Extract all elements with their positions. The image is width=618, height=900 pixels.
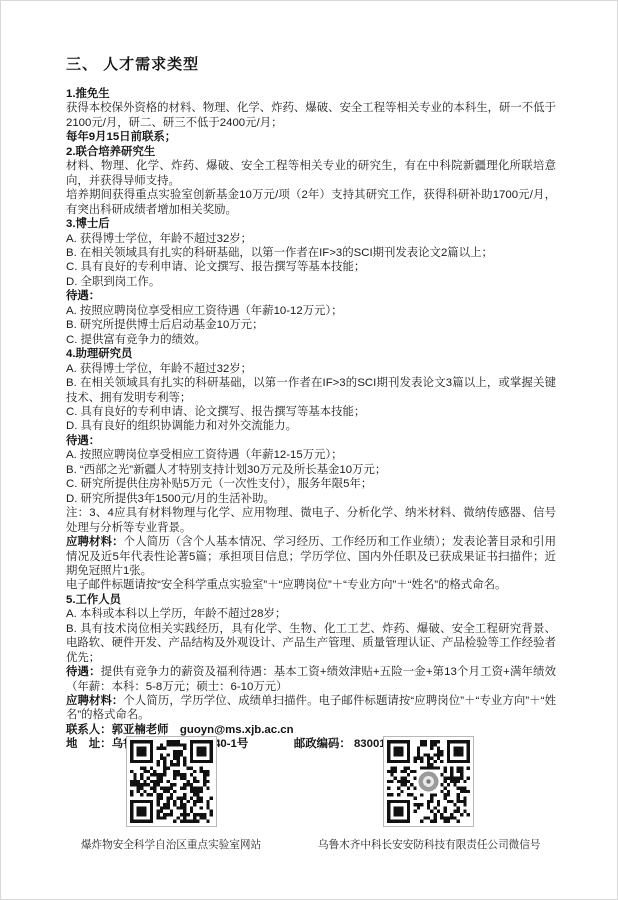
text-line: 1.推免生 (66, 87, 556, 101)
document-page: 三、 人才需求类型 1.推免生获得本校保外资格的材料、物理、化学、炸药、爆破、安… (0, 0, 618, 900)
text-line: A. 本科或本科以上学历，年龄不超过28岁； (66, 607, 556, 621)
text-segment: A. 按照应聘岗位享受相应工资待遇（年薪10-12万元）； (66, 305, 343, 317)
qr-code-icon (126, 736, 217, 827)
text-line: 待遇： (66, 434, 556, 448)
text-segment: D. 研究所提供3年1500元/月的生活补助。 (66, 493, 275, 505)
text-line: B. 具有技术岗位相关实践经历，具有化学、生物、化工工艺、炸药、爆破、安全工程研… (66, 622, 556, 665)
text-line: A. 获得博士学位，年龄不超过32岁； (66, 362, 556, 376)
text-segment: 材料、物理、化学、炸药、爆破、安全工程等相关专业的研究生，有在中科院新疆理化所联… (66, 160, 556, 186)
text-segment: 应聘材料： (66, 536, 124, 548)
text-line: 应聘材料：个人简历（含个人基本情况、学习经历、工作经历和工作业绩）；发表论著目录… (66, 535, 556, 578)
qr-right-caption: 乌鲁木齐中科长安安防科技有限责任公司微信号 (318, 837, 538, 852)
text-line: 材料、物理、化学、炸药、爆破、安全工程等相关专业的研究生，有在中科院新疆理化所联… (66, 159, 556, 188)
text-line: A. 获得博士学位，年龄不超过32岁； (66, 232, 556, 246)
text-segment: 个人简历，学历学位、成绩单扫描件。电子邮件标题请按“应聘岗位”＋“专业方向”＋“… (66, 695, 556, 721)
text-segment: B. “西部之光”新疆人才特别支持计划30万元及所长基金10万元； (66, 464, 386, 476)
text-segment: C. 具有良好的专利申请、论文撰写、报告撰写等基本技能； (66, 261, 365, 273)
text-segment: B. 研究所提供博士后启动基金10万元； (66, 319, 263, 331)
text-segment: C. 提供富有竞争力的绩效。 (66, 334, 206, 346)
text-segment: 应聘材料： (66, 695, 123, 707)
text-line: A. 按照应聘岗位享受相应工资待遇（年薪12-15万元）； (66, 448, 556, 462)
qr-code-with-logo-icon (383, 736, 474, 827)
text-segment: 1.推免生 (66, 88, 110, 100)
text-segment: D. 全职到岗工作。 (66, 276, 160, 288)
text-line: 5.工作人员 (66, 593, 556, 607)
text-segment: 培养期间获得重点实验室创新基金10万元/项（2年）支持其研究工作，获得科研补助1… (66, 189, 556, 215)
text-line: 4.助理研究员 (66, 347, 556, 361)
text-line: B. 在相关领域具有扎实的科研基础，以第一作者在IF>3的SCI期刊发表论文3篇… (66, 376, 556, 405)
text-line: C. 具有良好的专利申请、论文撰写、报告撰写等基本技能； (66, 405, 556, 419)
text-segment: B. 具有技术岗位相关实践经历，具有化学、生物、化工工艺、炸药、爆破、安全工程研… (66, 623, 556, 664)
text-line: C. 研究所提供住房补贴5万元（一次性支付），服务年限5年； (66, 477, 556, 491)
text-line: 电子邮件标题请按“安全科学重点实验室”＋“应聘岗位”＋“专业方向”＋“姓名”的格… (66, 578, 556, 592)
page-title: 三、 人才需求类型 (66, 53, 556, 74)
text-line: 每年9月15日前联系； (66, 130, 556, 144)
text-line: 2.联合培养研究生 (66, 145, 556, 159)
text-line: D. 研究所提供3年1500元/月的生活补助。 (66, 492, 556, 506)
text-line: 注：3、4应具有材料物理与化学、应用物理、微电子、分析化学、纳米材料、微纳传感器… (66, 506, 556, 535)
text-line: 应聘材料：个人简历，学历学位、成绩单扫描件。电子邮件标题请按“应聘岗位”＋“专业… (66, 694, 556, 723)
text-line: B. 在相关领域具有扎实的科研基础，以第一作者在IF>3的SCI期刊发表论文2篇… (66, 246, 556, 260)
qr-left-caption: 爆炸物安全科学自治区重点实验室网站 (61, 837, 281, 852)
text-line: C. 具有良好的专利申请、论文撰写、报告撰写等基本技能； (66, 260, 556, 274)
text-segment: 每年9月15日前联系； (66, 131, 176, 143)
text-segment: 联系人：郭亚楠老师 guoyn@ms.xjb.ac.cn (66, 724, 294, 736)
text-line: C. 提供富有竞争力的绩效。 (66, 333, 556, 347)
qr-block-wechat: 乌鲁木齐中科长安安防科技有限责任公司微信号 (318, 736, 538, 852)
text-line: 3.博士后 (66, 217, 556, 231)
text-line: D. 全职到岗工作。 (66, 275, 556, 289)
text-segment: A. 获得博士学位，年龄不超过32岁； (66, 363, 252, 375)
text-segment: A. 获得博士学位，年龄不超过32岁； (66, 233, 252, 245)
text-line: D. 具有良好的组织协调能力和对外交流能力。 (66, 419, 556, 433)
text-segment: 待遇： (66, 435, 100, 447)
text-line: 获得本校保外资格的材料、物理、化学、炸药、爆破、安全工程等相关专业的本科生，研一… (66, 101, 556, 130)
qr-block-lab-website: 爆炸物安全科学自治区重点实验室网站 (61, 736, 281, 852)
text-line: B. 研究所提供博士后启动基金10万元； (66, 318, 556, 332)
text-segment: B. 在相关领域具有扎实的科研基础，以第一作者在IF>3的SCI期刊发表论文2篇… (66, 247, 493, 259)
qr-section: 爆炸物安全科学自治区重点实验室网站 乌鲁木齐中科长安安防科技有限责任公司微信号 (1, 736, 618, 866)
document-body: 1.推免生获得本校保外资格的材料、物理、化学、炸药、爆破、安全工程等相关专业的本… (66, 87, 556, 752)
text-segment: C. 具有良好的专利申请、论文撰写、报告撰写等基本技能； (66, 406, 365, 418)
text-segment: 3.博士后 (66, 218, 110, 230)
text-segment: 2.联合培养研究生 (66, 146, 155, 158)
text-line: B. “西部之光”新疆人才特别支持计划30万元及所长基金10万元； (66, 463, 556, 477)
text-segment: 待遇： (66, 666, 101, 678)
text-segment: 获得本校保外资格的材料、物理、化学、炸药、爆破、安全工程等相关专业的本科生，研一… (66, 102, 556, 128)
text-segment: 待遇： (66, 290, 100, 302)
text-line: A. 按照应聘岗位享受相应工资待遇（年薪10-12万元）； (66, 304, 556, 318)
text-segment: B. 在相关领域具有扎实的科研基础，以第一作者在IF>3的SCI期刊发表论文3篇… (66, 377, 556, 403)
text-segment: A. 本科或本科以上学历，年龄不超过28岁； (66, 608, 286, 620)
document-content: 三、 人才需求类型 1.推免生获得本校保外资格的材料、物理、化学、炸药、爆破、安… (66, 53, 556, 752)
text-segment: D. 具有良好的组织协调能力和对外交流能力。 (66, 420, 297, 432)
text-segment: 4.助理研究员 (66, 348, 132, 360)
text-line: 培养期间获得重点实验室创新基金10万元/项（2年）支持其研究工作，获得科研补助1… (66, 188, 556, 217)
text-segment: 个人简历（含个人基本情况、学习经历、工作经历和工作业绩）；发表论著目录和引用情况… (66, 536, 556, 577)
text-segment: 提供有竞争力的薪资及福利待遇：基本工资+绩效津贴+五险一金+第13个月工资+满年… (66, 666, 556, 692)
text-segment: C. 研究所提供住房补贴5万元（一次性支付），服务年限5年； (66, 478, 372, 490)
text-segment: 5.工作人员 (66, 594, 121, 606)
text-segment: 注：3、4应具有材料物理与化学、应用物理、微电子、分析化学、纳米材料、微纳传感器… (66, 507, 556, 533)
text-segment: A. 按照应聘岗位享受相应工资待遇（年薪12-15万元）； (66, 449, 343, 461)
text-line: 待遇：提供有竞争力的薪资及福利待遇：基本工资+绩效津贴+五险一金+第13个月工资… (66, 665, 556, 694)
text-segment: 电子邮件标题请按“安全科学重点实验室”＋“应聘岗位”＋“专业方向”＋“姓名”的格… (66, 579, 506, 591)
text-line: 待遇： (66, 289, 556, 303)
